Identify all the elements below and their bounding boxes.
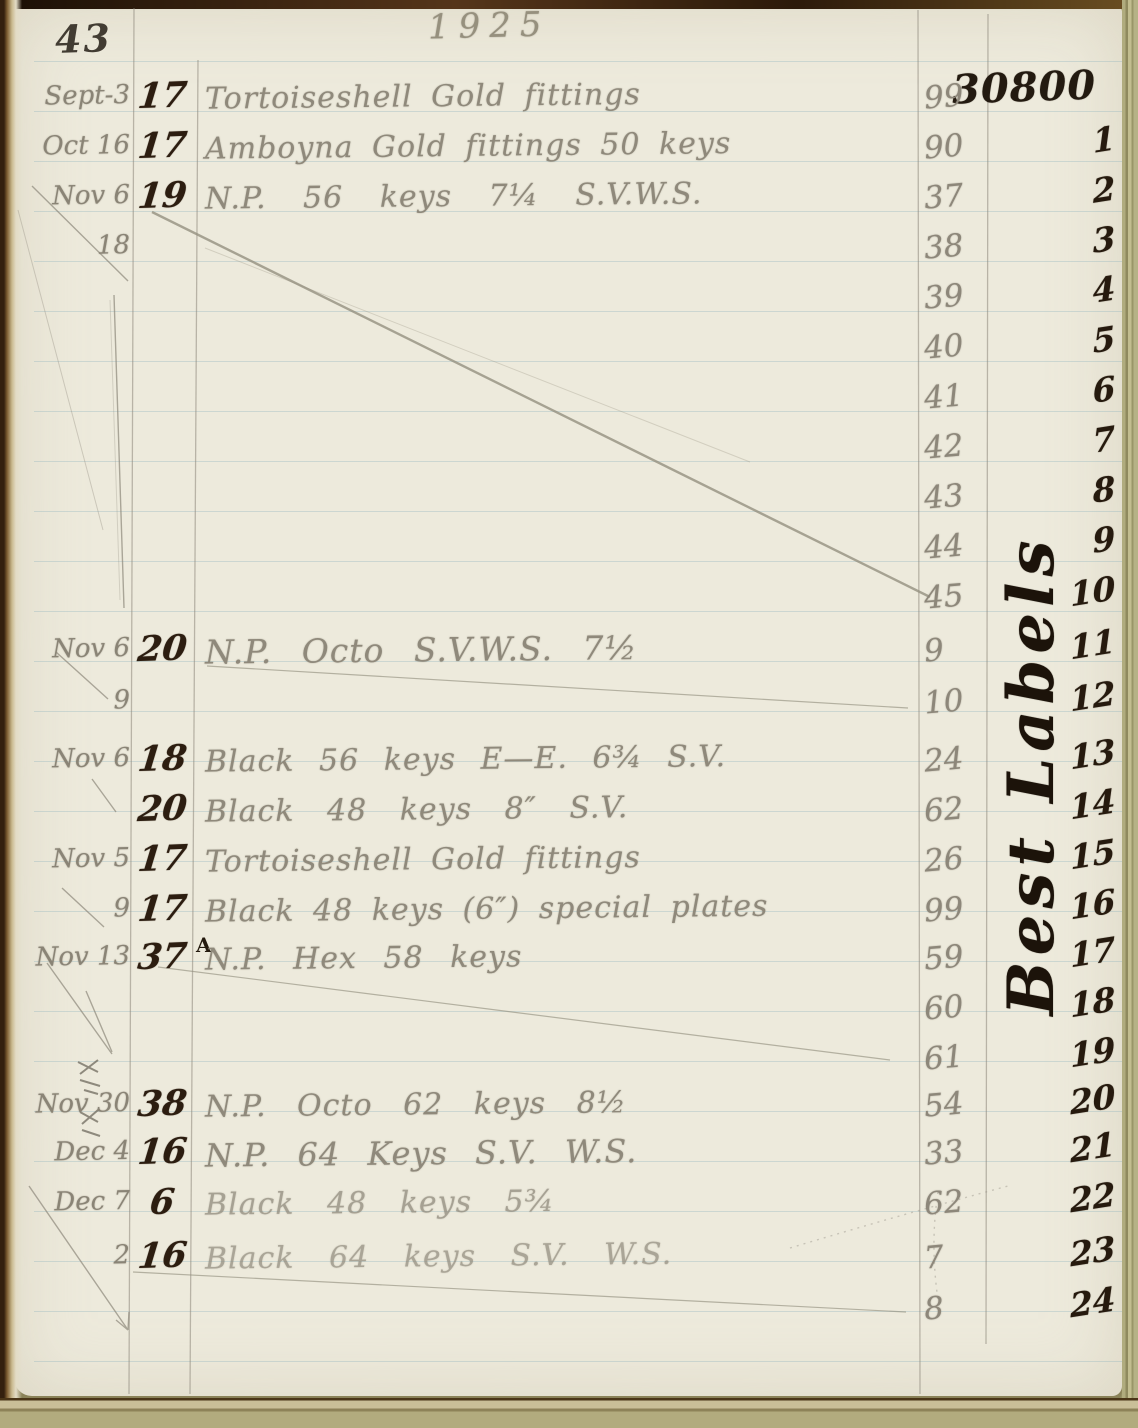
ledger-row: Nov 6 18 Black 56 keys E—E. 6¾ S.V. 24 1… (0, 735, 1138, 783)
item-description: Black 48 keys 5¾ (205, 1174, 895, 1229)
stock-count: 60 (922, 980, 988, 1033)
entry-date: Nov 6 (18, 624, 131, 674)
stock-count: 62 (922, 782, 988, 835)
stock-count: 99 (922, 69, 988, 122)
entry-date: Sept-3 (18, 71, 131, 121)
quantity: 17 (135, 121, 202, 171)
quantity: 16 (135, 1231, 202, 1281)
ledger-row: 9 17 Black 48 keys (6″) special plates 9… (0, 885, 1138, 933)
ledger-row: Sept-3 17 Tortoiseshell Gold fittings 99 (0, 72, 1138, 120)
item-description: Black 48 keys 8″ S.V. (205, 781, 895, 836)
ledger-row: 43 8 (0, 472, 1138, 520)
item-description: Black 48 keys (6″) special plates (205, 881, 895, 936)
stock-count: 99 (922, 882, 988, 935)
entry-date: 9 (18, 676, 151, 726)
entry-date: 2 (18, 1231, 155, 1281)
ledger-row: Nov 6 20 N.P. Octo S.V.W.S. 7½ 9 11 (0, 625, 1138, 673)
label-number: 22 (1015, 1170, 1116, 1234)
ledger-row: 2 16 Black 64 keys S.V. W.S. 7 23 (0, 1232, 1138, 1280)
ledger-row: 42 7 (0, 422, 1138, 470)
stock-count: 44 (922, 519, 988, 572)
item-description: N.P. Octo 62 keys 8½ (205, 1076, 895, 1131)
ledger-row: Dec 4 16 N.P. 64 Keys S.V. W.S. 33 21 (0, 1128, 1138, 1176)
ledger-row: 9 10 12 (0, 677, 1138, 725)
stock-count: 62 (922, 1175, 988, 1228)
stock-count: 26 (922, 832, 988, 885)
stock-count: 9 (922, 622, 988, 675)
quantity: 16 (135, 1127, 202, 1177)
stock-count: 45 (922, 569, 988, 622)
ledger-row: 41 6 (0, 372, 1138, 420)
item-description: Black 56 keys E—E. 6¾ S.V. (205, 731, 895, 786)
stock-count: 37 (922, 169, 988, 222)
item-description: N.P. Octo S.V.W.S. 7½ (205, 621, 895, 676)
stock-count: 61 (922, 1030, 988, 1083)
item-description: Tortoiseshell Gold fittings (205, 68, 895, 123)
stock-count: 41 (922, 369, 988, 422)
ledger-row: Oct 16 17 Amboyna Gold fittings 50 keys … (0, 122, 1138, 170)
stock-count: 7 (922, 1229, 988, 1282)
ledger-row: 8 24 (0, 1283, 1138, 1331)
stock-count: 42 (922, 419, 988, 472)
scanned-ledger-page: 43 1925 30800 Best Labels Sept-3 17 Tort… (0, 0, 1138, 1428)
entry-date: Dec 7 (18, 1177, 131, 1227)
quantity: 20 (135, 624, 202, 674)
quantity: 20 (135, 784, 202, 834)
stock-count: 43 (922, 469, 988, 522)
label-number: 12 (1015, 669, 1116, 733)
quantity: 37 (135, 932, 202, 982)
ledger-row: 18 38 3 (0, 222, 1138, 270)
stock-count: 59 (922, 930, 988, 983)
entry-date: 9 (18, 884, 151, 934)
item-description: Black 64 keys S.V. W.S. (205, 1228, 895, 1283)
item-description: Amboyna Gold fittings 50 keys (205, 118, 895, 173)
stock-count: 33 (922, 1125, 988, 1178)
label-number: 24 (1015, 1275, 1116, 1339)
ledger-row: Nov 30 38 N.P. Octo 62 keys 8½ 54 20 (0, 1080, 1138, 1128)
ledger-row: Nov 13 37 A N.P. Hex 58 keys 59 17 (0, 933, 1138, 981)
entry-date: 18 (18, 221, 143, 271)
stock-count: 8 (922, 1280, 988, 1333)
stock-count: 38 (922, 219, 988, 272)
stock-count: 10 (922, 674, 988, 727)
ledger-content: 43 1925 30800 Best Labels Sept-3 17 Tort… (0, 0, 1138, 1428)
quantity: 17 (135, 834, 202, 884)
item-description: N.P. 64 Keys S.V. W.S. (205, 1124, 895, 1179)
entry-date: Nov 13 (18, 932, 131, 982)
quantity: 19 (135, 171, 202, 221)
entry-date: Nov 6 (18, 734, 131, 784)
ledger-row: 61 19 (0, 1033, 1138, 1081)
quantity: 38 (135, 1079, 202, 1129)
item-description: N.P. 56 keys 7¼ S.V.W.S. (205, 168, 895, 223)
stock-count: 40 (922, 319, 988, 372)
entry-date: Oct 16 (18, 121, 131, 171)
quantity: 18 (135, 734, 202, 784)
ledger-row: 39 4 (0, 272, 1138, 320)
item-description: N.P. Hex 58 keys (205, 929, 895, 984)
entry-date: Dec 4 (18, 1127, 131, 1177)
stock-count: 90 (922, 119, 988, 172)
entry-date: Nov 6 (18, 171, 131, 221)
ledger-row: Dec 7 6 Black 48 keys 5¾ 62 22 (0, 1178, 1138, 1226)
ledger-row: 60 18 (0, 983, 1138, 1031)
entry-date: Nov 5 (18, 834, 131, 884)
page-number: 43 (54, 15, 112, 62)
entry-date: Nov 30 (18, 1079, 131, 1129)
item-description: Tortoiseshell Gold fittings (205, 831, 895, 886)
quantity: 17 (135, 884, 202, 934)
ledger-row: 20 Black 48 keys 8″ S.V. 62 14 (0, 785, 1138, 833)
stock-count: 39 (922, 269, 988, 322)
ledger-row: 44 9 (0, 522, 1138, 570)
ledger-row: 45 10 (0, 572, 1138, 620)
quantity: 17 (135, 71, 202, 121)
ledger-row: Nov 5 17 Tortoiseshell Gold fittings 26 … (0, 835, 1138, 883)
stock-count: 54 (922, 1077, 988, 1130)
stock-count: 24 (922, 732, 988, 785)
year-heading: 1925 (427, 4, 551, 47)
ledger-row: Nov 6 19 N.P. 56 keys 7¼ S.V.W.S. 37 2 (0, 172, 1138, 220)
ledger-row: 40 5 (0, 322, 1138, 370)
